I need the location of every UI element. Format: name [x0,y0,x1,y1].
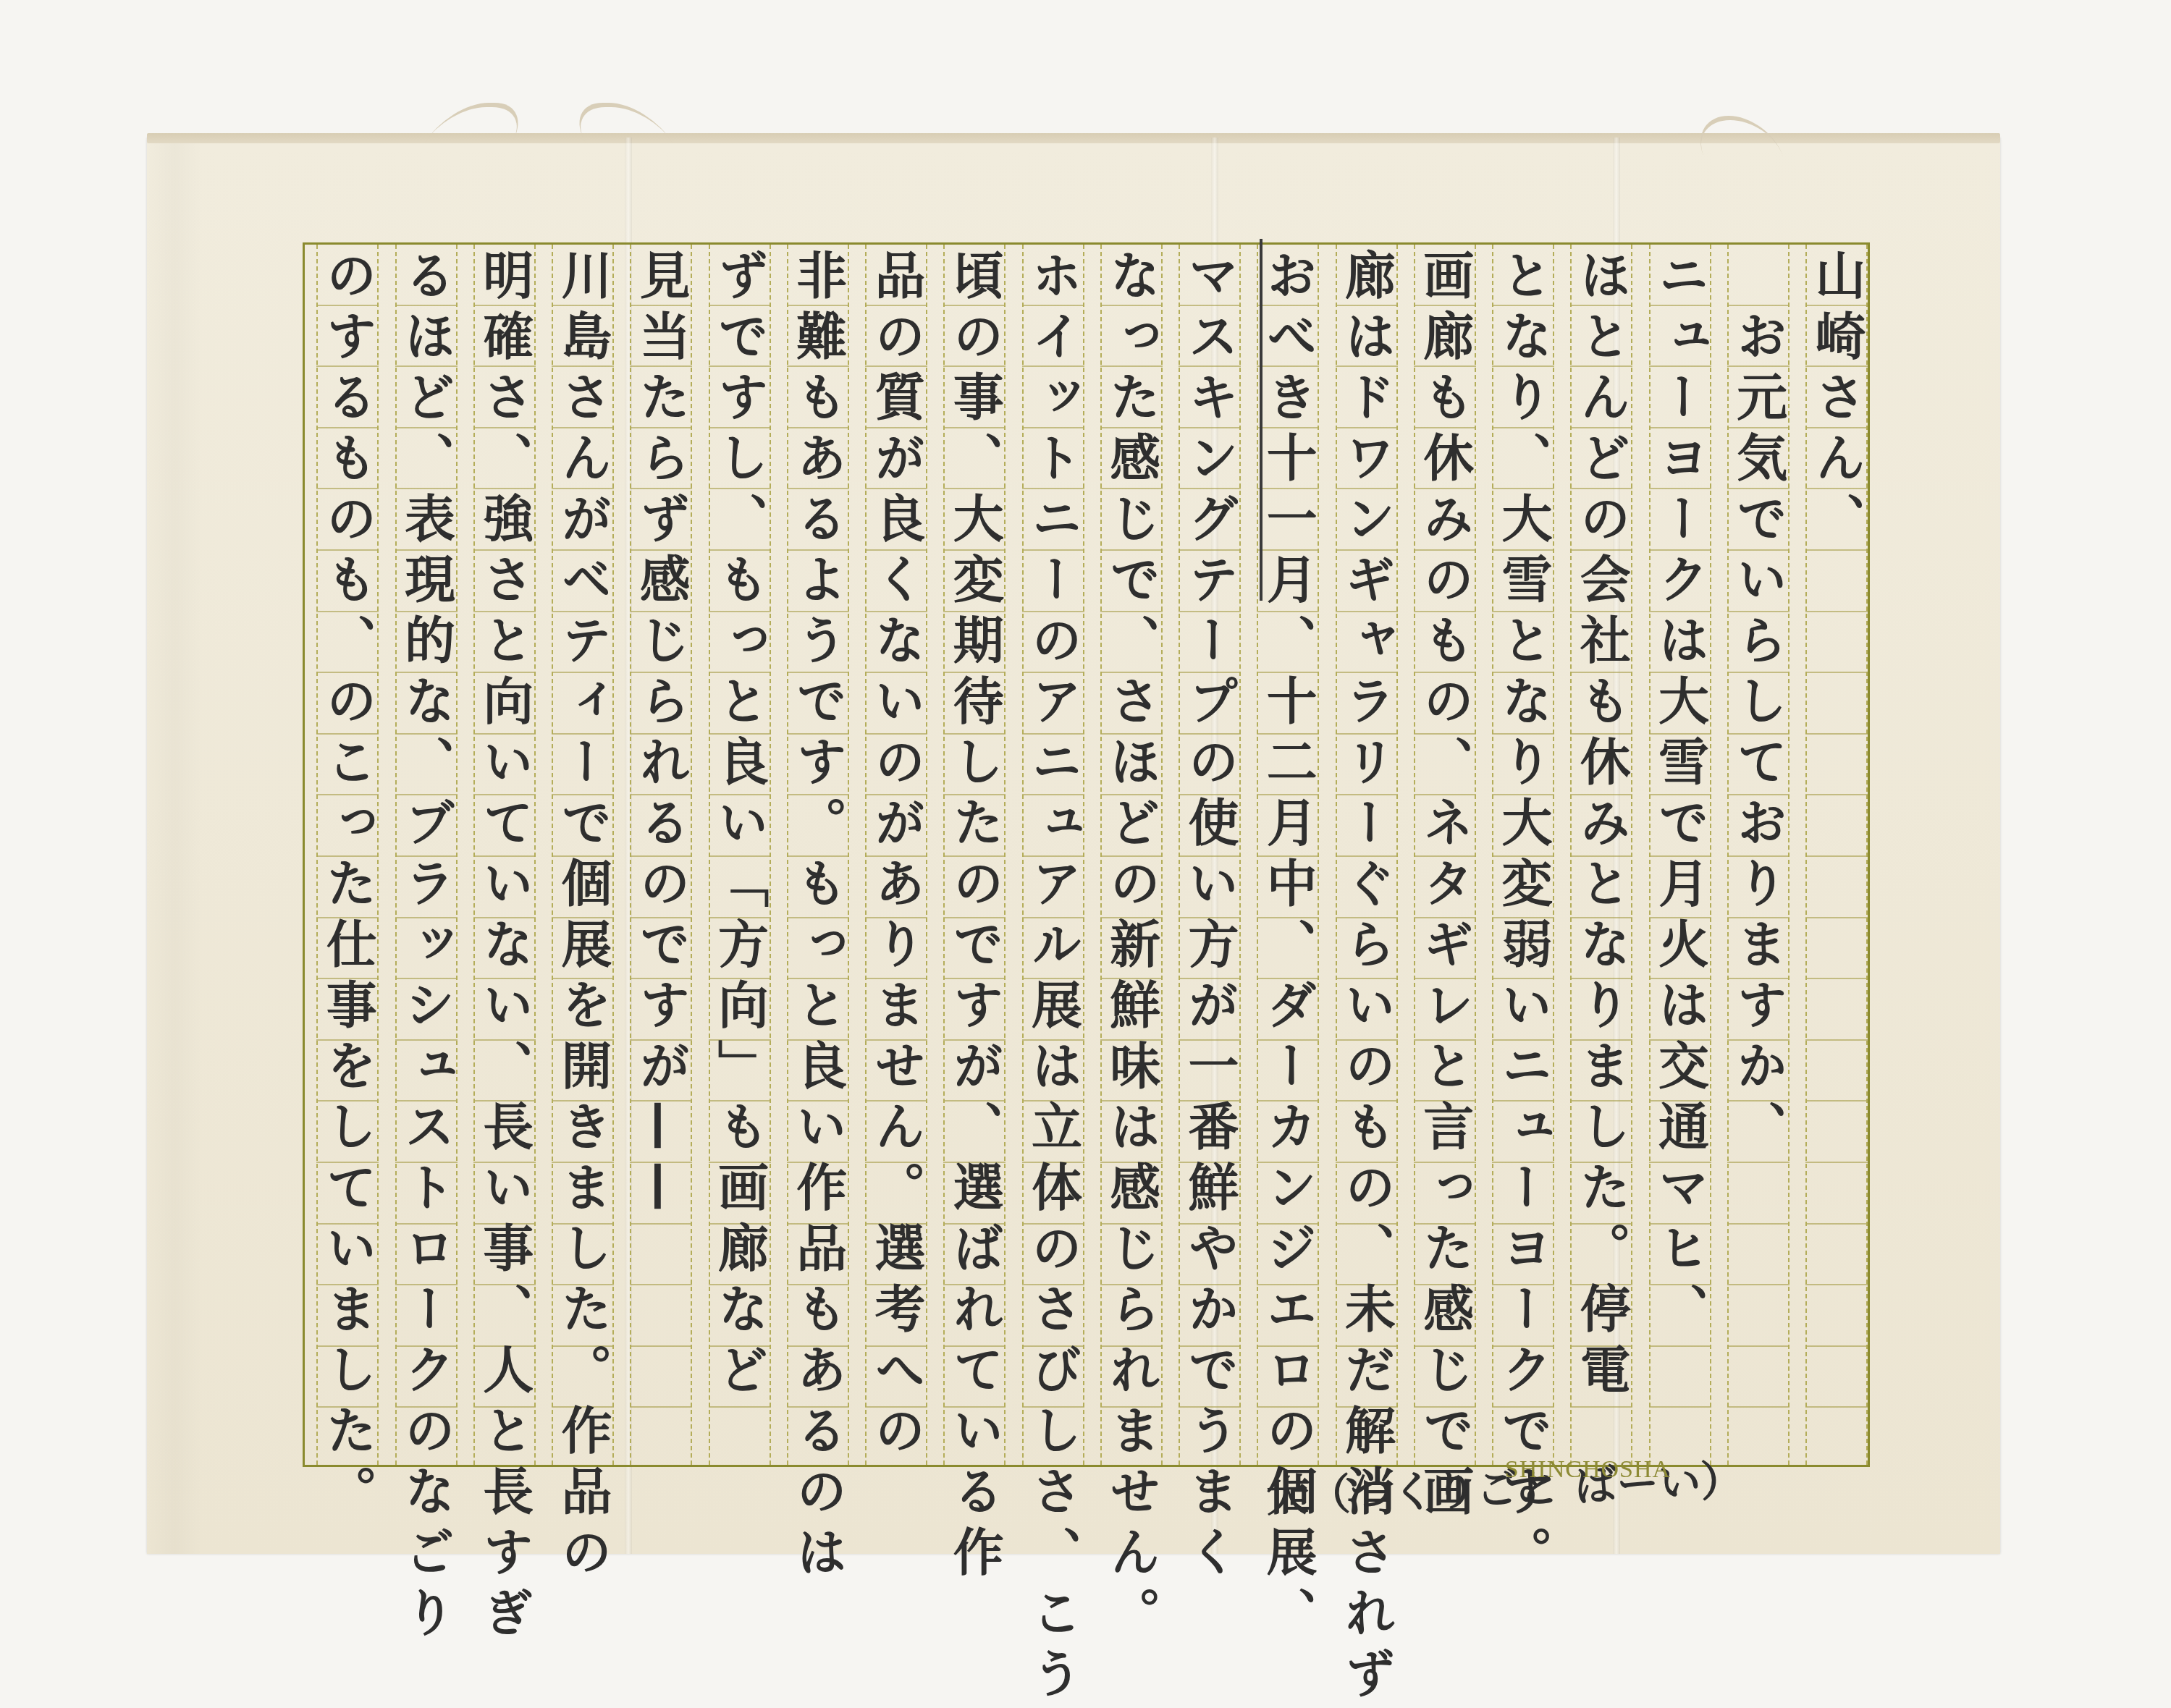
letter-line: 品の質が良くないのがありません。選考への [865,245,927,1465]
letter-line: お元気でいらしておりますか、 [1727,245,1790,1465]
grid-column: 頃の事、大変期待したのですが、選ばれている作 [927,245,1006,1465]
grid-column: ずですし、もっと良い「方向」も画廊など [692,245,770,1465]
grid-column: ホイットニーのアニュアル展は立体のさびしさ、こう [1006,245,1084,1465]
torn-paper-flap [1689,116,1783,156]
letter-line-struck: おべき十一月、十二月中、ダーカンジエロの個展、 [1257,245,1319,1465]
letter-line: ずですし、もっと良い「方向」も画廊など [709,245,771,1465]
letter-line-salutation: 山崎さん、 [1805,245,1868,1465]
grid-column: 画廊も休みのもの、ネタギレと言った感じで画 [1398,245,1476,1465]
grid-column: 山崎さん、 [1790,245,1868,1465]
letter-line: なった感じで、さほどの新鮮味は感じられません。 [1100,245,1163,1465]
letter-line: ニューヨークは大雪で月火は交通マヒ、 [1649,245,1711,1465]
grid-column: お元気でいらしておりますか、 [1711,245,1790,1465]
grid-column: ほとんどの会社も休みとなりました。停電 [1554,245,1632,1465]
grid-column: となり、大雪となり大変弱いニューヨークです。 [1476,245,1554,1465]
letter-paper: 山崎さん、 お元気でいらしておりますか、 ニューヨークは大雪で月火は交通マヒ、 … [147,138,2000,1554]
letter-line: 明確さ、強さと向いていない、長い事、人と長すぎ [473,245,536,1465]
letter-line: 頃の事、大変期待したのですが、選ばれている作 [943,245,1006,1465]
letter-line: 非難もあるようです。もっと良い作品もあるのは [787,245,849,1465]
grid-column: マスキングテープの使い方が一番鮮やかでうまく [1163,245,1241,1465]
grid-column: おべき十一月、十二月中、ダーカンジエロの個展、 [1241,245,1319,1465]
strikethrough-mark [1260,239,1262,601]
publisher-imprint: SHINCHOSHA [1505,1456,1671,1484]
letter-line: マスキングテープの使い方が一番鮮やかでうまく [1179,245,1241,1465]
letter-line: 廊はドワンギャラリーぐらいのもの、未だ解消されず [1336,245,1398,1465]
grid-column: 見当たらず感じられるのですが—— [614,245,692,1465]
letter-line: 見当たらず感じられるのですが—— [630,245,692,1465]
grid-column: 明確さ、強さと向いていない、長い事、人と長すぎ [458,245,536,1465]
letter-line: るほど、表現的な、ブラッシュストロークのなごり [395,245,458,1465]
grid-column: 品の質が良くないのがありません。選考への [849,245,927,1465]
letter-line: 川島さんがベティーで個展を開きました。作品の [552,245,614,1465]
grid-column: るほど、表現的な、ブラッシュストロークのなごり [379,245,457,1465]
grid-column: ニューヨークは大雪で月火は交通マヒ、 [1632,245,1711,1465]
grid-column: 川島さんがベティーで個展を開きました。作品の [536,245,614,1465]
grid-column: のするものも、のこった仕事をしていました。 [300,245,379,1465]
letter-line: ホイットニーのアニュアル展は立体のさびしさ、こう [1022,245,1084,1465]
grid-column: 非難もあるようです。もっと良い作品もあるのは [771,245,849,1465]
manuscript-grid: 山崎さん、 お元気でいらしておりますか、 ニューヨークは大雪で月火は交通マヒ、 … [303,242,1870,1467]
grid-column: なった感じで、さほどの新鮮味は感じられません。 [1084,245,1163,1465]
grid-column: 廊はドワンギャラリーぐらいのもの、未だ解消されず [1319,245,1397,1465]
letter-line: となり、大雪となり大変弱いニューヨークです。 [1492,245,1554,1465]
letter-line: 画廊も休みのもの、ネタギレと言った感じで画 [1414,245,1476,1465]
letter-line: のするものも、のこった仕事をしていました。 [316,245,379,1465]
letter-line: ほとんどの会社も休みとなりました。停電 [1570,245,1632,1465]
